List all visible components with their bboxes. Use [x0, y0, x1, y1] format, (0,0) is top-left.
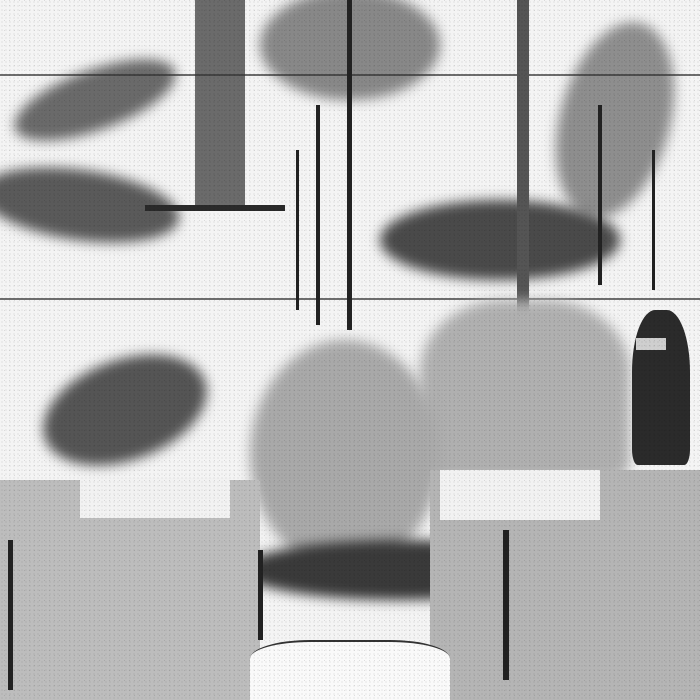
film-grain: [0, 0, 700, 700]
photo-canvas: High-contrast grayscale photomontage: a …: [0, 0, 700, 700]
